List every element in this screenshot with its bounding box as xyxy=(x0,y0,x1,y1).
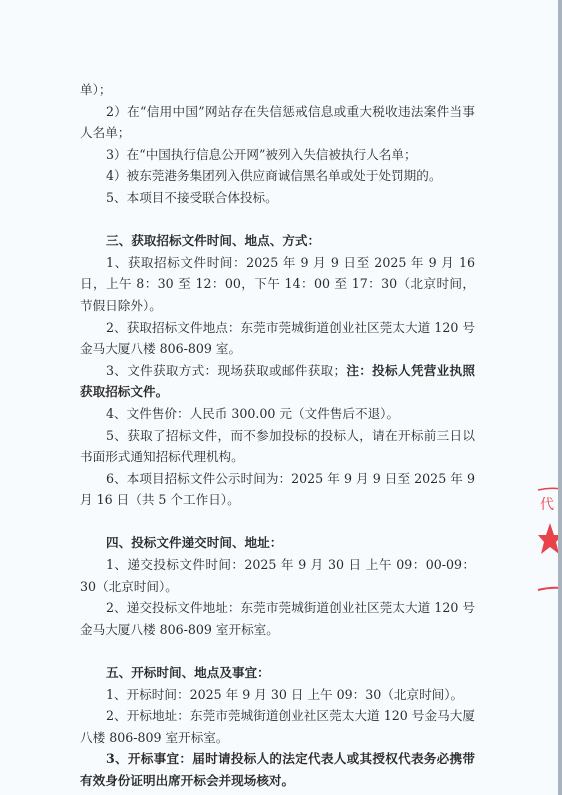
paragraph: 1、开标时间：2025 年 9 月 30 日 上午 09：30（北京时间）。 xyxy=(80,684,475,706)
text-line: 3）在“中国执行信息公开网”被列入失信被执行人名单； xyxy=(80,144,475,166)
section-heading: 四、投标文件递交时间、地址： xyxy=(80,532,475,554)
text-line: 4）被东莞港务集团列入供应商诚信黑名单或处于处罚期的。 xyxy=(80,165,475,187)
paragraph: 1、递交投标文件时间：2025 年 9 月 30 日 上午 09：00-09：3… xyxy=(80,554,475,597)
paragraph-text: 3、文件获取方式：现场获取或邮件获取； xyxy=(106,363,346,378)
paragraph: 6、本项目招标文件公示时间为：2025 年 9 月 9 日至 2025 年 9 … xyxy=(80,468,475,511)
paragraph: 2、开标地址：东莞市莞城街道创业社区莞太大道 120 号金马大厦八楼 806-8… xyxy=(80,705,475,748)
text-line: 5、本项目不接受联合体投标。 xyxy=(80,187,475,209)
paragraph: 2、递交投标文件地址：东莞市莞城街道创业社区莞太大道 120 号金马大厦八楼 8… xyxy=(80,597,475,640)
section-heading: 三、获取招标文件时间、地点、方式： xyxy=(80,230,475,252)
text-line: 2）在“信用中国”网站存在失信惩戒信息或重大税收违法案件当事人名单； xyxy=(80,101,475,144)
document-page: 单）； 2）在“信用中国”网站存在失信惩戒信息或重大税收违法案件当事人名单； 3… xyxy=(0,0,558,795)
section-heading: 五、开标时间、地点及事宜： xyxy=(80,662,475,684)
paragraph: 3、文件获取方式：现场获取或邮件获取；注：投标人凭营业执照获取招标文件。 xyxy=(80,360,475,403)
stamp-char: 代 xyxy=(540,497,554,513)
paragraph: 5、获取了招标文件，而不参加投标的投标人，请在开标前三日以书面形式通知招标代理机… xyxy=(80,425,475,468)
paragraph-bold: 3、开标事宜：届时请投标人的法定代表人或其授权代表务必携带有效身份证明出席开标会… xyxy=(80,748,475,791)
page-edge xyxy=(558,0,562,795)
paragraph: 1、获取招标文件时间：2025 年 9 月 9 日至 2025 年 9 月 16… xyxy=(80,252,475,317)
text-line: 单）； xyxy=(80,79,475,101)
paragraph: 2、获取招标文件地点：东莞市莞城街道创业社区莞太大道 120 号金马大厦八楼 8… xyxy=(80,317,475,360)
document-body: 单）； 2）在“信用中国”网站存在失信惩戒信息或重大税收违法案件当事人名单； 3… xyxy=(80,79,475,792)
paragraph: 4、文件售价：人民币 300.00 元（文件售后不退）。 xyxy=(80,403,475,425)
